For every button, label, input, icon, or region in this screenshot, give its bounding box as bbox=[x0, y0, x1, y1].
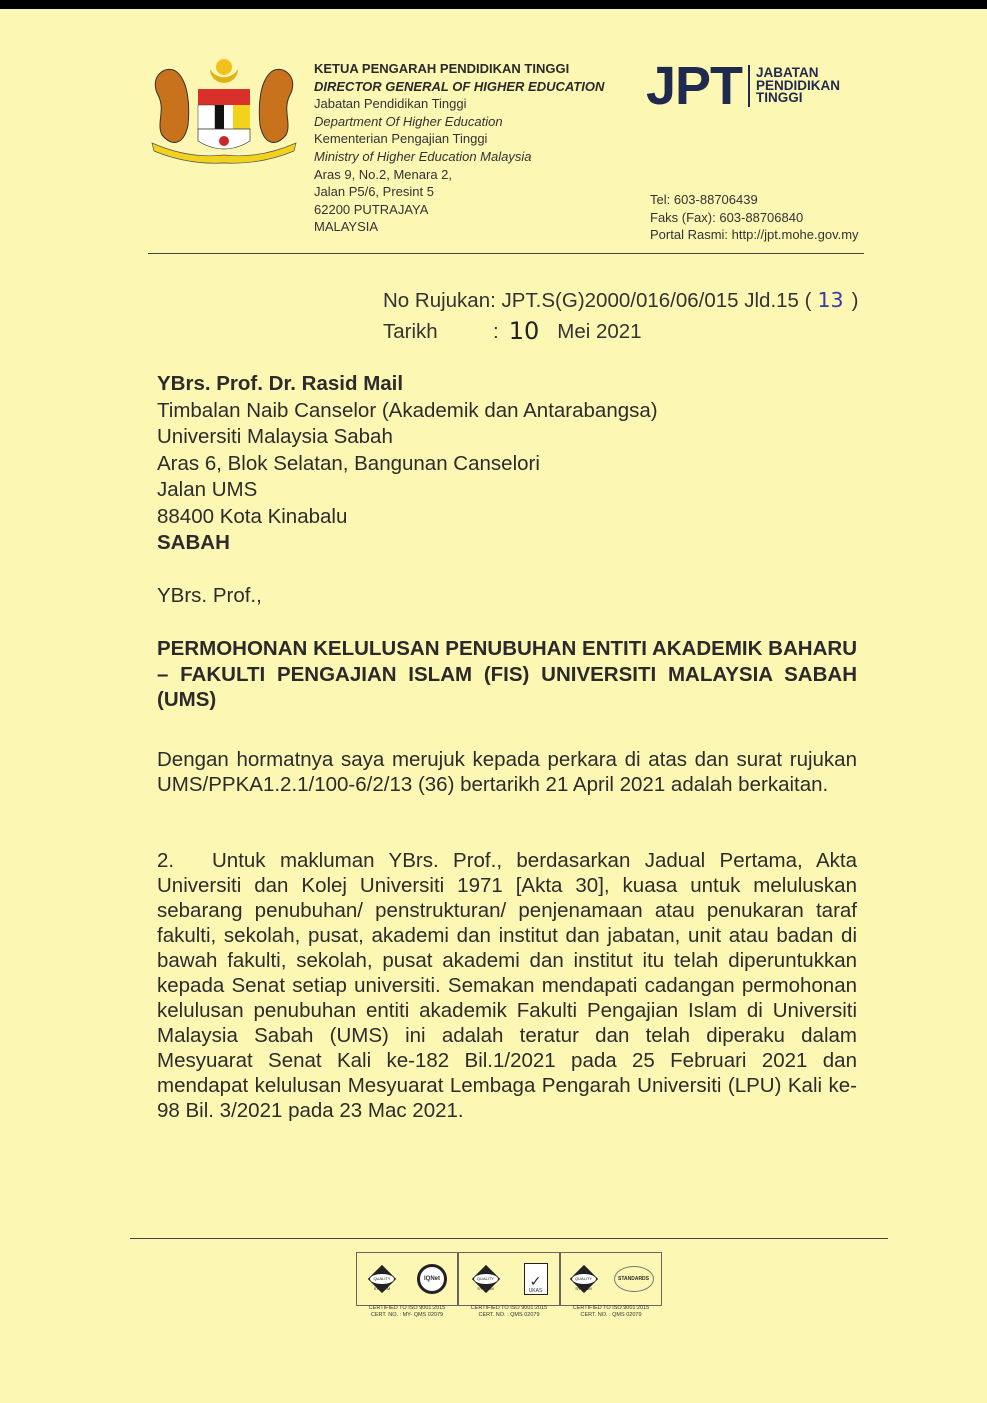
sender-address-line: Aras 9, No.2, Menara 2, bbox=[314, 166, 604, 184]
paragraph-number: 2. bbox=[157, 848, 212, 873]
cert-badge-standards: QUALITY SYSTEM STANDARDS bbox=[560, 1252, 662, 1306]
jpt-logo: JPT JABATAN PENDIDIKAN TINGGI bbox=[646, 62, 840, 110]
reference-label: No Rujukan: JPT.S(G)2000/016/06/015 Jld.… bbox=[383, 285, 811, 316]
contact-portal: Portal Rasmi: http://jpt.mohe.gov.my bbox=[650, 226, 859, 244]
cert-caption: CERTIFIED TO ISO 9001:2015CERT. NO. : MY… bbox=[356, 1305, 458, 1319]
cert-caption: CERTIFIED TO ISO 9001:2015CERT. NO. : QM… bbox=[560, 1305, 662, 1319]
cert-badge-ukas: QUALITY SYSTEM ✓UKAS bbox=[458, 1252, 560, 1306]
recipient-block: YBrs. Prof. Dr. Rasid Mail Timbalan Naib… bbox=[157, 371, 658, 557]
paragraph-1: Dengan hormatnya saya merujuk kepada per… bbox=[157, 747, 857, 797]
recipient-line: Timbalan Naib Canselor (Akademik dan Ant… bbox=[157, 398, 658, 425]
certification-captions: CERTIFIED TO ISO 9001:2015CERT. NO. : MY… bbox=[356, 1305, 662, 1319]
malaysia-coat-of-arms-icon bbox=[148, 55, 300, 173]
jpt-logo-line: TINGGI bbox=[756, 92, 840, 105]
letter-subject: PERMOHONAN KELULUSAN PENUBUHAN ENTITI AK… bbox=[157, 636, 857, 713]
contact-tel: Tel: 603-88706439 bbox=[650, 191, 859, 209]
salutation: YBrs. Prof., bbox=[157, 584, 262, 608]
quality-system-icon: QUALITY SYSTEM bbox=[367, 1264, 397, 1294]
contact-block: Tel: 603-88706439 Faks (Fax): 603-887068… bbox=[650, 191, 859, 244]
date-label: Tarikh bbox=[383, 316, 493, 347]
recipient-line: Universiti Malaysia Sabah bbox=[157, 424, 658, 451]
reference-handwritten-number: 13 bbox=[817, 285, 843, 316]
sender-dept-ms: Jabatan Pendidikan Tinggi bbox=[314, 95, 604, 113]
recipient-line: Jalan UMS bbox=[157, 477, 658, 504]
date-handwritten-day: 10 bbox=[509, 316, 540, 347]
sender-address-block: KETUA PENGARAH PENDIDIKAN TINGGI DIRECTO… bbox=[314, 60, 604, 236]
recipient-line: 88400 Kota Kinabalu bbox=[157, 504, 658, 531]
jpt-logo-divider bbox=[748, 65, 750, 107]
reference-block: No Rujukan: JPT.S(G)2000/016/06/015 Jld.… bbox=[383, 285, 858, 347]
recipient-line: Aras 6, Blok Selatan, Bangunan Canselori bbox=[157, 451, 658, 478]
date-month-year: Mei 2021 bbox=[557, 316, 641, 347]
date-colon: : bbox=[493, 316, 499, 347]
sender-dept-en: Department Of Higher Education bbox=[314, 113, 604, 131]
sender-ministry-ms: Kementerian Pengajian Tinggi bbox=[314, 130, 604, 148]
reference-date: Tarikh : 10 Mei 2021 bbox=[383, 316, 858, 347]
quality-system-icon: QUALITY SYSTEM bbox=[569, 1264, 599, 1294]
sender-ministry-en: Ministry of Higher Education Malaysia bbox=[314, 148, 604, 166]
jpt-logo-text: JABATAN PENDIDIKAN TINGGI bbox=[756, 67, 840, 105]
sender-address-line: Jalan P5/6, Presint 5 bbox=[314, 183, 604, 201]
iqnet-seal-icon: IQNet bbox=[417, 1264, 447, 1294]
reference-close-paren: ) bbox=[852, 285, 859, 316]
footer-divider bbox=[130, 1238, 888, 1239]
sender-address-line: MALAYSIA bbox=[314, 218, 604, 236]
cert-caption: CERTIFIED TO ISO 9001:2015CERT. NO. : QM… bbox=[458, 1305, 560, 1319]
sender-address-line: 62200 PUTRAJAYA bbox=[314, 201, 604, 219]
paragraph-2: 2.Untuk makluman YBrs. Prof., berdasarka… bbox=[157, 848, 857, 1123]
cert-badge-iqnet: QUALITY SYSTEM IQNet bbox=[356, 1252, 458, 1306]
recipient-state: SABAH bbox=[157, 530, 658, 557]
certification-logos: QUALITY SYSTEM IQNet QUALITY SYSTEM ✓UKA… bbox=[356, 1252, 662, 1306]
reference-number: No Rujukan: JPT.S(G)2000/016/06/015 Jld.… bbox=[383, 285, 858, 316]
ukas-mark-icon: ✓UKAS bbox=[524, 1263, 548, 1295]
sender-title-ms: KETUA PENGARAH PENDIDIKAN TINGGI bbox=[314, 60, 604, 78]
standards-logo-icon: STANDARDS bbox=[614, 1266, 654, 1292]
recipient-name: YBrs. Prof. Dr. Rasid Mail bbox=[157, 371, 658, 398]
quality-system-icon: QUALITY SYSTEM bbox=[471, 1264, 501, 1294]
contact-fax: Faks (Fax): 603-88706840 bbox=[650, 209, 859, 227]
top-black-bar bbox=[0, 0, 987, 9]
paragraph-2-text: Untuk makluman YBrs. Prof., berdasarkan … bbox=[157, 849, 857, 1122]
sender-title-en: DIRECTOR GENERAL OF HIGHER EDUCATION bbox=[314, 78, 604, 96]
jpt-logo-mark: JPT bbox=[646, 62, 742, 110]
header-divider bbox=[148, 253, 864, 254]
